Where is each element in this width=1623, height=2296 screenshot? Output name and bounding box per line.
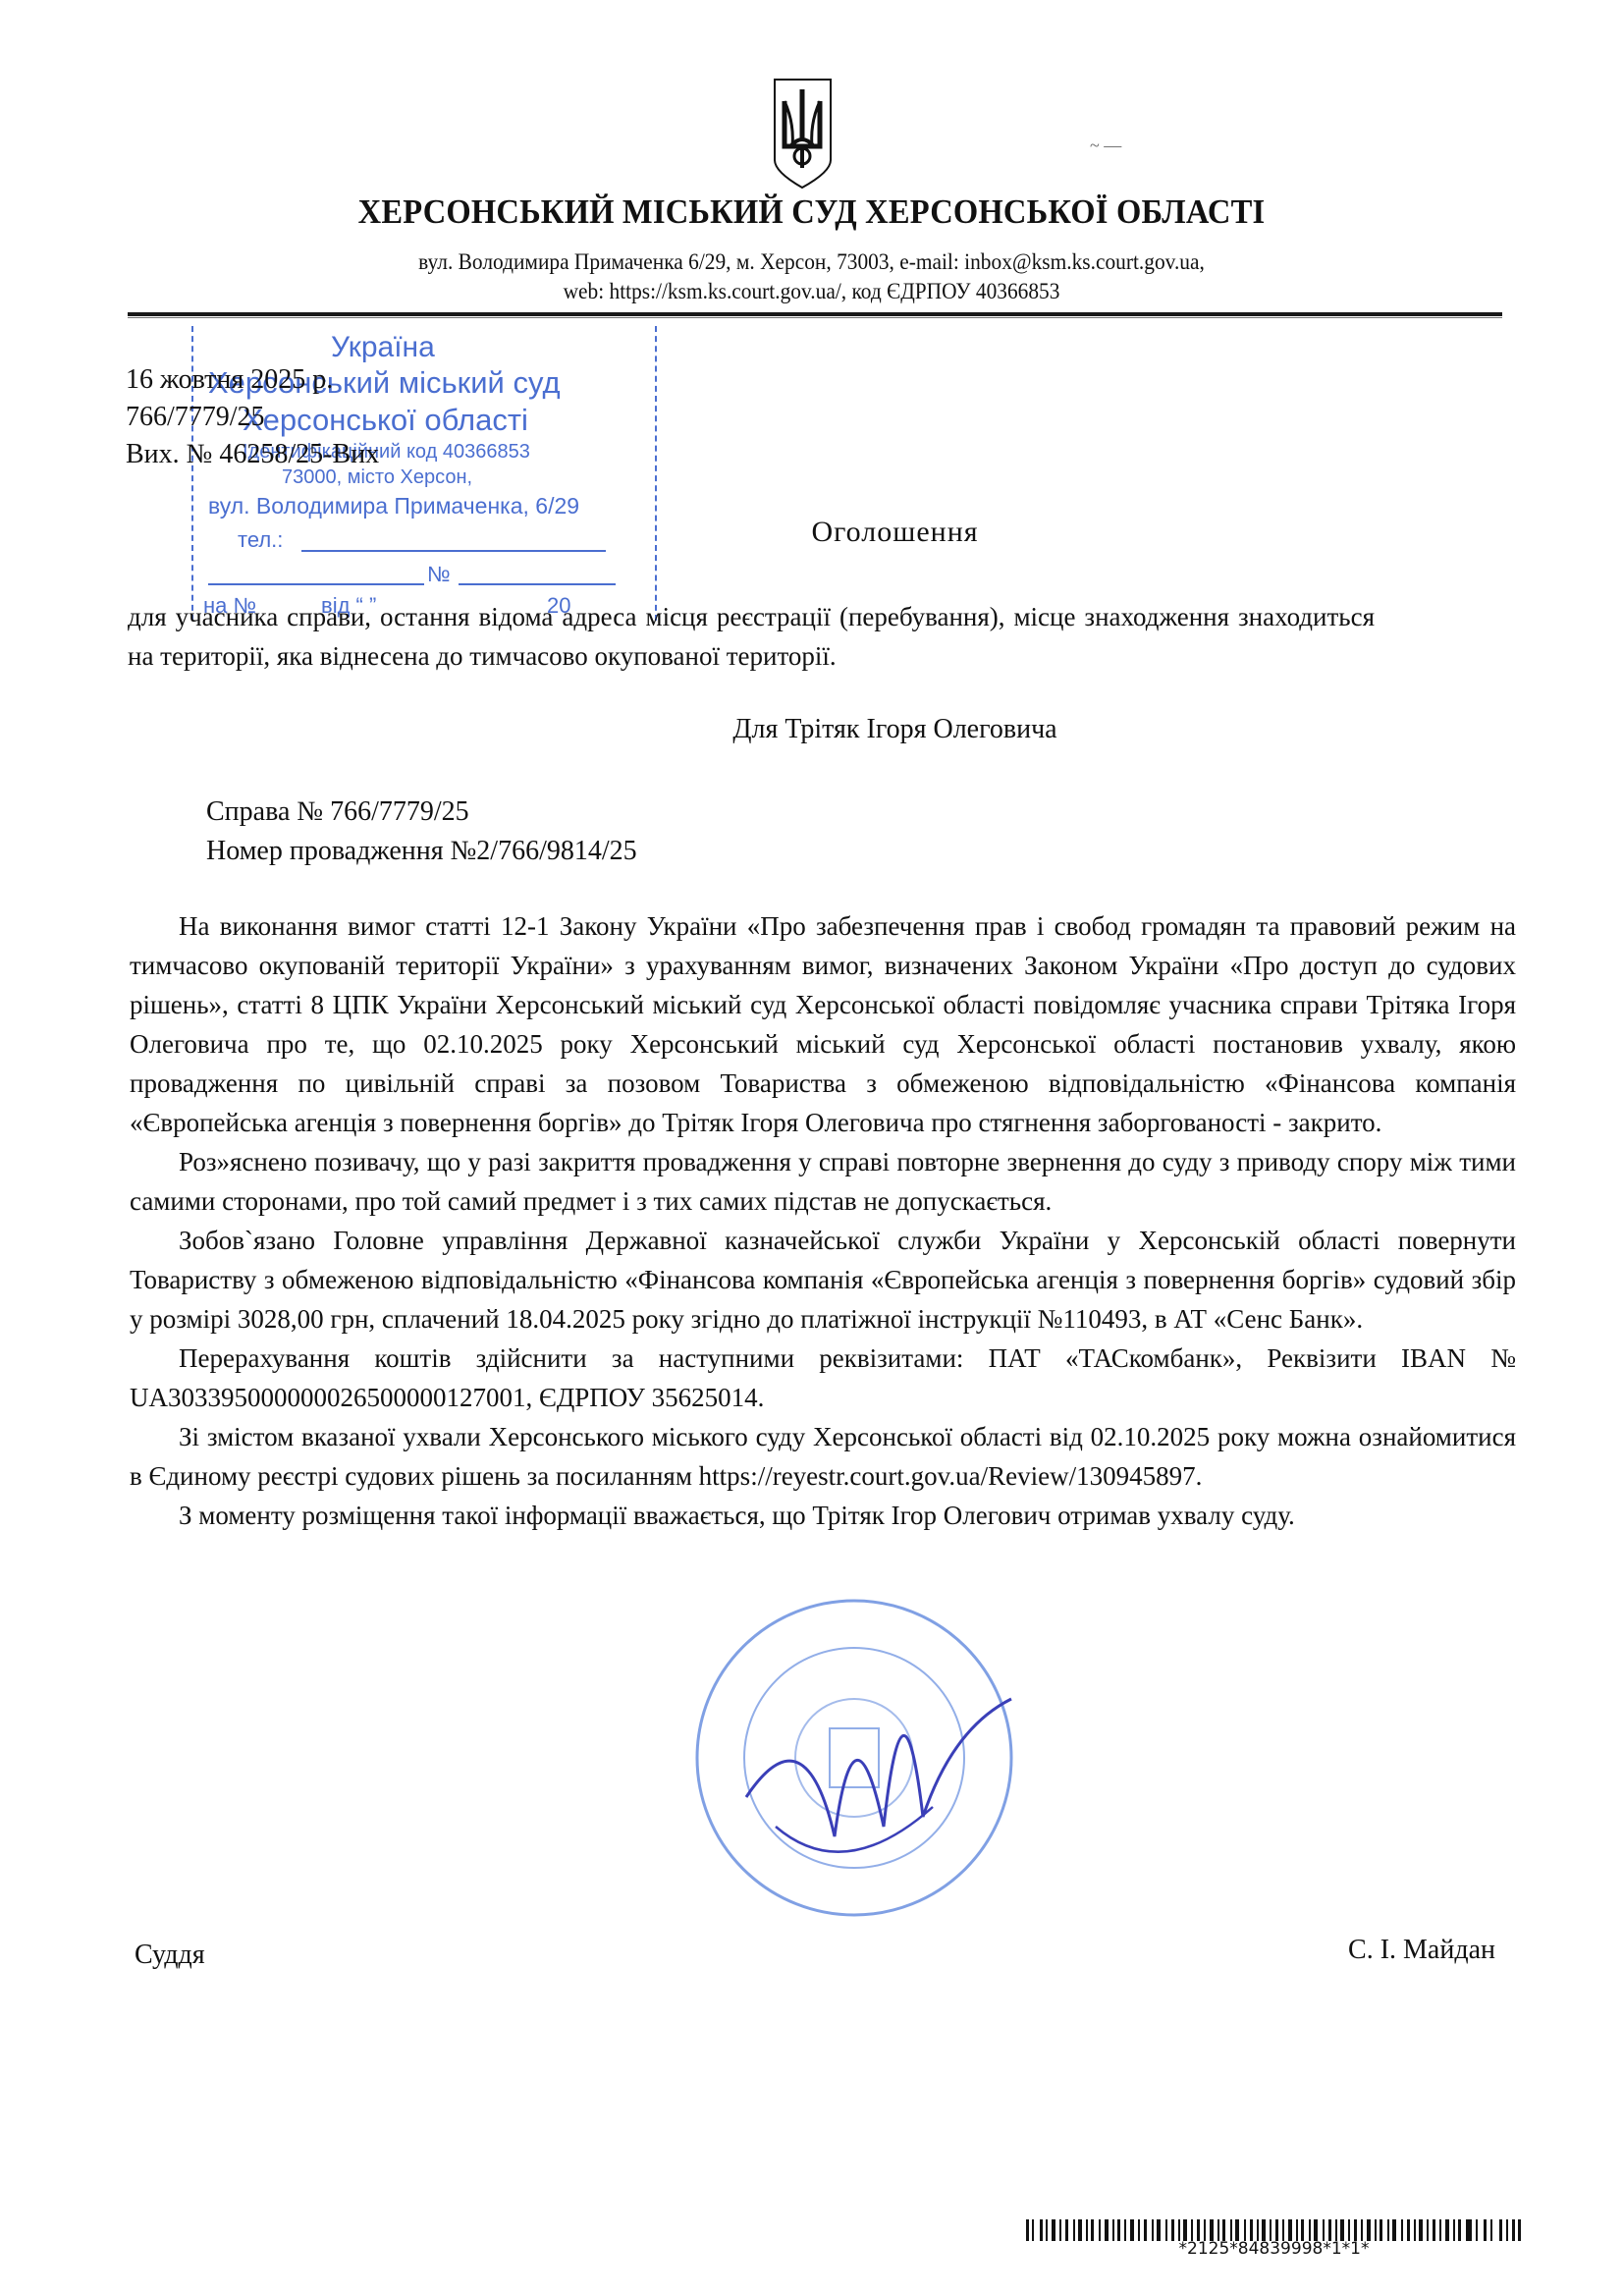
document-date: 16 жовтня 2025 р.: [126, 361, 333, 399]
body-paragraph: Зі змістом вказаної ухвали Херсонського …: [130, 1417, 1516, 1496]
barcode-icon: [1026, 2219, 1522, 2241]
proceeding-number: Номер провадження №2/766/9814/25: [206, 832, 637, 871]
body-paragraph: З моменту розміщення такої інформації вв…: [130, 1496, 1516, 1535]
body-paragraph: Роз»яснено позивачу, що у разі закриття …: [130, 1142, 1516, 1221]
document-title: Оголошення: [0, 516, 1623, 549]
body-paragraph: На виконання вимог статті 12-1 Закону Ук…: [130, 906, 1516, 1142]
case-info: Справа № 766/7779/25 Номер провадження №…: [206, 793, 637, 871]
court-address-line2: web: https://ksm.ks.court.gov.ua/, код Є…: [57, 277, 1566, 306]
margin-mark: ~ ––: [1090, 136, 1121, 156]
stamp-line-region: Херсонської області: [243, 403, 528, 438]
court-seal-icon: [687, 1591, 1021, 1925]
signature-name: С. І. Майдан: [1348, 1935, 1495, 1966]
stamp-line-country: Україна: [331, 331, 435, 364]
trident-coat-of-arms-icon: [771, 74, 835, 191]
court-name: ХЕРСОНСЬКИЙ МІСЬКИЙ СУД ХЕРСОНСЬКОЇ ОБЛА…: [57, 192, 1566, 232]
announcement-body: На виконання вимог статті 12-1 Закону Ук…: [130, 906, 1516, 1535]
stamp-no-label: №: [427, 562, 451, 587]
body-paragraph: Перерахування коштів здійснити за наступ…: [130, 1339, 1516, 1417]
case-reference: 766/7779/25: [126, 399, 265, 436]
intro-paragraph: для учасника справи, остання відома адре…: [128, 597, 1375, 676]
addressee: Для Трітяк Ігоря Олеговича: [0, 714, 1623, 745]
barcode-number: *2125*84839998*1*1*: [1026, 2239, 1522, 2259]
case-number: Справа № 766/7779/25: [206, 793, 637, 832]
header-divider-thin: [128, 317, 1502, 318]
stamp-no-line-right: [459, 583, 616, 585]
body-paragraph: Зобов`язано Головне управління Державної…: [130, 1221, 1516, 1339]
stamp-tel-line: [301, 550, 606, 552]
court-address: вул. Володимира Примаченка 6/29, м. Херс…: [57, 247, 1566, 306]
signature-role: Суддя: [135, 1940, 205, 1971]
header-divider: [128, 312, 1502, 316]
court-address-line1: вул. Володимира Примаченка 6/29, м. Херс…: [57, 247, 1566, 277]
stamp-no-line-left: [208, 583, 424, 585]
outgoing-number: Вих. № 46258/25-Вих: [126, 436, 379, 473]
